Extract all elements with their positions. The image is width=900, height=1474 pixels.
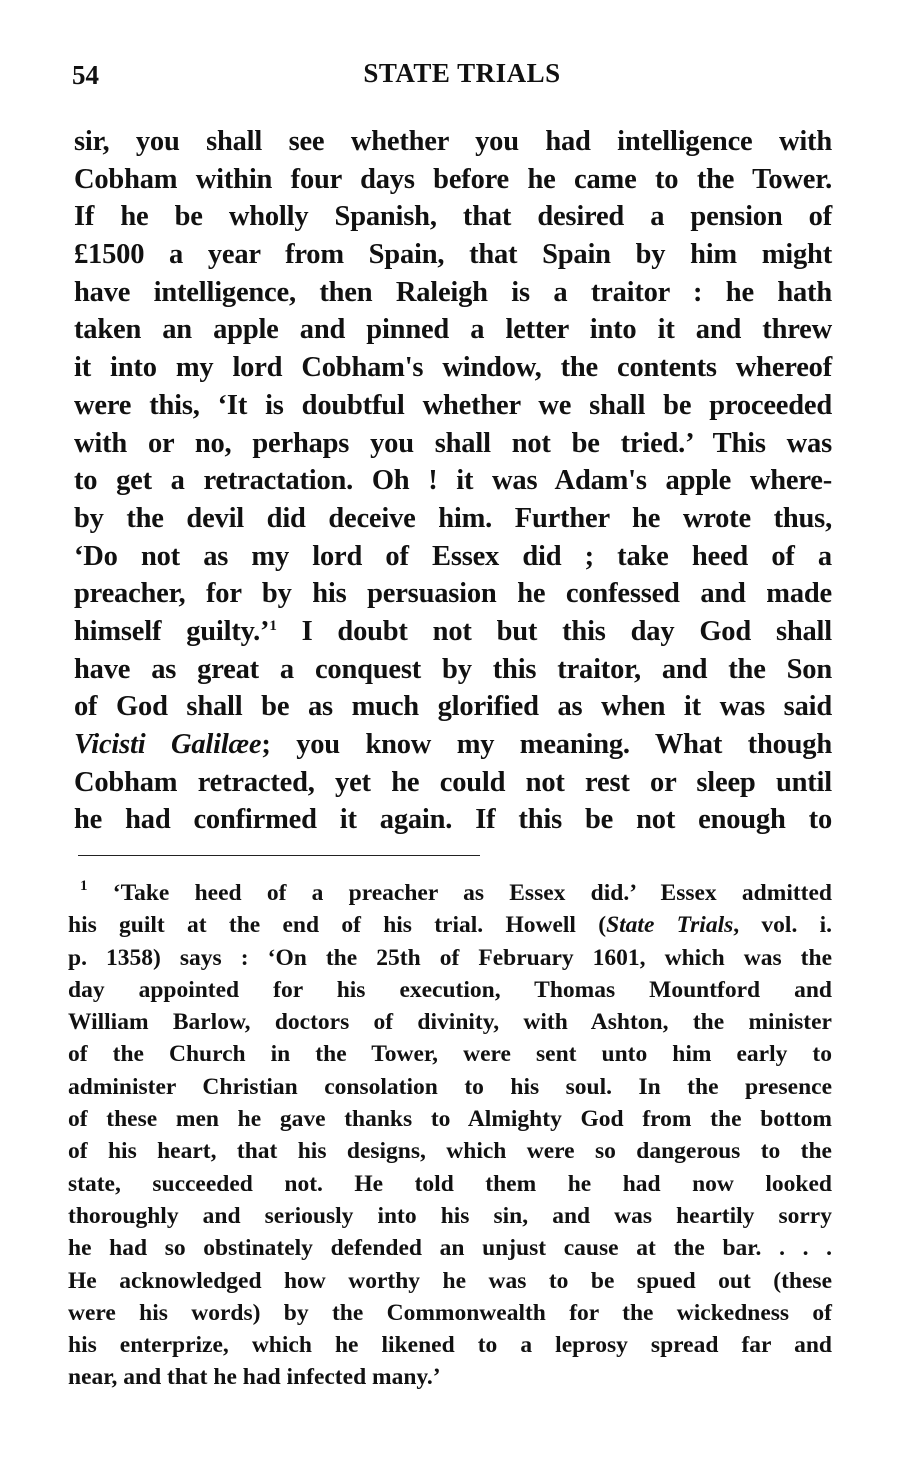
body-line: have as great a conquest by this traitor… — [74, 651, 832, 689]
footnote-line: of his heart, that his designs, which we… — [68, 1135, 832, 1167]
body-line: Cobham retracted, yet he could not rest … — [74, 764, 832, 802]
body-line: ‘Do not as my lord of Essex did ; take h… — [74, 538, 832, 576]
footnote-line: day appointed for his execution, Thomas … — [68, 974, 832, 1006]
body-line: Cobham within four days before he came t… — [74, 161, 832, 199]
footnote-line: of these men he gave thanks to Almighty … — [68, 1103, 832, 1135]
footnote-line: he had so obstinately defended an unjust… — [68, 1232, 832, 1264]
footnote-line: state, succeeded not. He told them he ha… — [68, 1168, 832, 1200]
body-line: £1500 a year from Spain, that Spain by h… — [74, 236, 832, 274]
body-line: himself guilty.’1 I doubt not but this d… — [74, 613, 832, 651]
body-text: sir, you shall see whether you had intel… — [74, 123, 832, 839]
body-text-fragment: himself guilty.’ — [74, 616, 269, 647]
body-line: were this, ‘It is doubtful whether we sh… — [74, 387, 832, 425]
body-line: with or no, perhaps you shall not be tri… — [74, 425, 832, 463]
footnote-line: were his words) by the Commonwealth for … — [68, 1297, 832, 1329]
body-line: Vicisti Galilæe; you know my meaning. Wh… — [74, 726, 832, 764]
footnote-divider — [78, 855, 480, 856]
body-line: of God shall be as much glorified as whe… — [74, 688, 832, 726]
footnote-line: He acknowledged how worthy he was to be … — [68, 1265, 832, 1297]
body-line: taken an apple and pinned a letter into … — [74, 311, 832, 349]
body-line: he had confirmed it again. If this be no… — [74, 801, 832, 839]
body-line: sir, you shall see whether you had intel… — [74, 123, 832, 161]
footnote-line: thoroughly and seriously into his sin, a… — [68, 1200, 832, 1232]
body-line: it into my lord Cobham's window, the con… — [74, 349, 832, 387]
footnote-line: William Barlow, doctors of divinity, wit… — [68, 1006, 832, 1038]
citation-title: State Trials — [606, 912, 733, 938]
footnote-text-fragment: his guilt at the end of his trial. Howel… — [68, 912, 606, 938]
footnote-reference[interactable]: 1 — [269, 618, 276, 634]
footnote-line: of the Church in the Tower, were sent un… — [68, 1038, 832, 1070]
footnote-line: p. 1358) says : ‘On the 25th of February… — [68, 942, 832, 974]
footnote-line: near, and that he had infected many.’ — [68, 1361, 832, 1393]
body-text-fragment: I doubt not but this day God shall — [277, 616, 832, 647]
footnote: 1 ‘Take heed of a preacher as Essex did.… — [68, 877, 832, 1394]
running-head: STATE TRIALS — [72, 58, 832, 89]
footnote-line: his enterprize, which he likened to a le… — [68, 1329, 832, 1361]
latin-phrase: Vicisti Galilæe — [74, 729, 261, 760]
body-line: to get a retractation. Oh ! it was Adam'… — [74, 462, 832, 500]
body-line: preacher, for by his persuasion he confe… — [74, 575, 832, 613]
footnote-line: 1 ‘Take heed of a preacher as Essex did.… — [68, 877, 832, 909]
footnote-line: administer Christian consolation to his … — [68, 1071, 832, 1103]
footnote-text-fragment: ‘Take heed of a preacher as Essex did.’ … — [88, 880, 833, 906]
footnote-marker: 1 — [80, 878, 88, 894]
body-line: If he be wholly Spanish, that desired a … — [74, 198, 832, 236]
body-line: have intelligence, then Raleigh is a tra… — [74, 274, 832, 312]
body-line: by the devil did deceive him. Further he… — [74, 500, 832, 538]
footnote-text-fragment: , vol. i. — [733, 912, 832, 938]
footnote-line: his guilt at the end of his trial. Howel… — [68, 909, 832, 941]
page-header: 54 STATE TRIALS — [72, 58, 832, 98]
body-text-fragment: ; you know my meaning. What though — [261, 729, 832, 760]
